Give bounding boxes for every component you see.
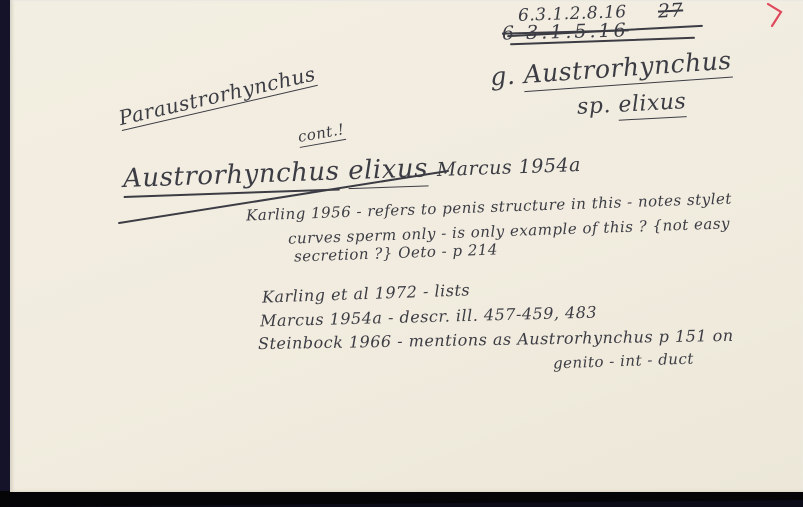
reference-line: Steinbock 1966 - mentions as Austrorhync… xyxy=(258,328,734,352)
genus-prefix: g. xyxy=(489,61,516,92)
genus-label: g. Austrorhynchus xyxy=(489,48,732,90)
species-name: elixus xyxy=(618,89,687,121)
index-card: 6.3.1.2.8.16 27 6 3.1.5.16 g. Austrorhyn… xyxy=(10,0,803,492)
reference-line: Marcus 1954a - descr. ill. 457-459, 483 xyxy=(260,305,597,330)
scanned-index-card: 6.3.1.2.8.16 27 6 3.1.5.16 g. Austrorhyn… xyxy=(0,0,803,507)
heading-author: Marcus 1954a xyxy=(436,154,581,181)
red-check-icon xyxy=(765,2,787,32)
note-line: curves sperm only - is only example of t… xyxy=(288,216,730,246)
species-label: sp. elixus xyxy=(576,91,686,119)
reference-line-continuation: genito - int - duct xyxy=(553,352,694,372)
corner-note-paraustrorhynchus: Paraustrorhynchus xyxy=(117,63,318,131)
genus-name: Austrorhynchus xyxy=(523,46,733,92)
continuation-note: cont.! xyxy=(297,122,346,148)
note-line: secretion ?} Oeto - p 214 xyxy=(294,242,498,264)
species-prefix: sp. xyxy=(576,93,611,120)
reference-line: Karling et al 1972 - lists xyxy=(262,282,471,305)
classification-number-crossed: 27 xyxy=(658,1,684,21)
